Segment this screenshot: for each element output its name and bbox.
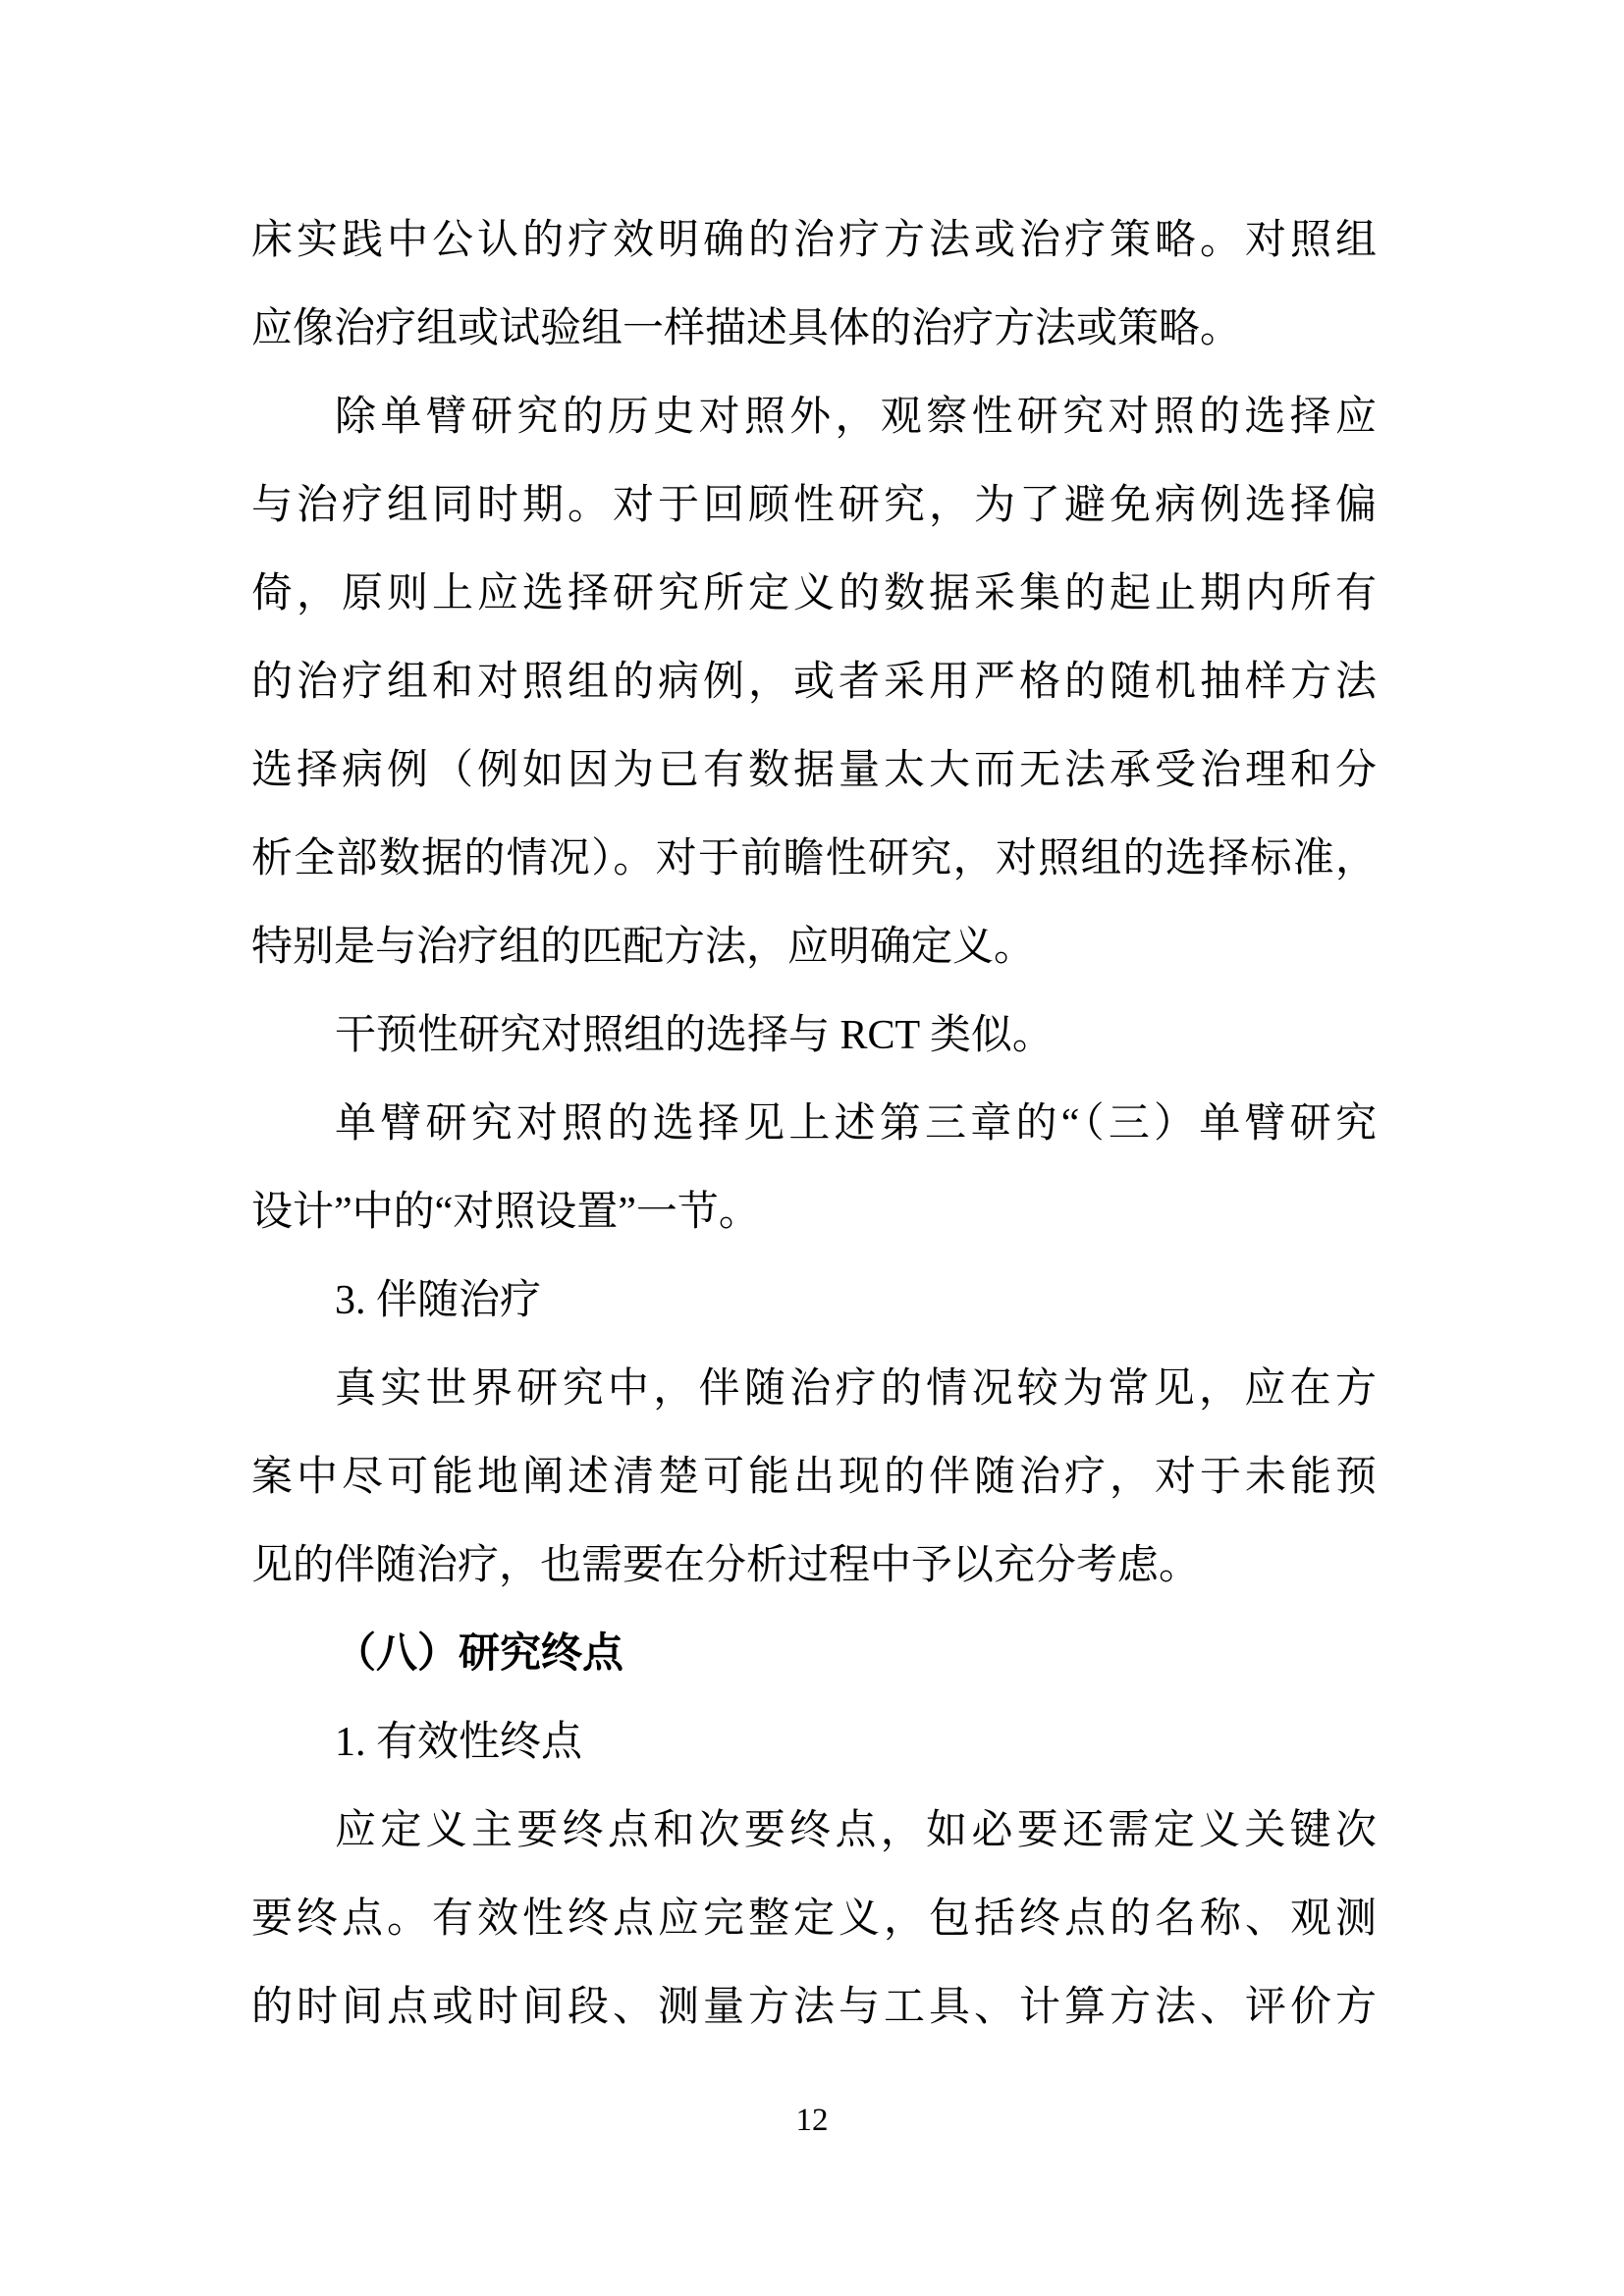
body-line: 选择病例（例如因为已有数据量太大而无法承受治理和分 bbox=[251, 726, 1377, 815]
body-line: 干预性研究对照组的选择与 RCT 类似。 bbox=[251, 991, 1377, 1080]
document-body: 床实践中公认的疗效明确的治疗方法或治疗策略。对照组 应像治疗组或试验组一样描述具… bbox=[251, 196, 1377, 2052]
body-line: 见的伴随治疗，也需要在分析过程中予以充分考虑。 bbox=[251, 1522, 1377, 1610]
section-heading: （八）研究终点 bbox=[251, 1610, 1377, 1698]
subsection-heading: 1. 有效性终点 bbox=[251, 1698, 1377, 1787]
body-line: 的治疗组和对照组的病例，或者采用严格的随机抽样方法 bbox=[251, 638, 1377, 726]
body-line: 真实世界研究中，伴随治疗的情况较为常见，应在方 bbox=[251, 1345, 1377, 1433]
body-line: 设计”中的“对照设置”一节。 bbox=[251, 1168, 1377, 1256]
body-line: 除单臂研究的历史对照外，观察性研究对照的选择应 bbox=[251, 373, 1377, 461]
subsection-heading: 3. 伴随治疗 bbox=[251, 1256, 1377, 1345]
body-line: 的时间点或时间段、测量方法与工具、计算方法、评价方 bbox=[251, 1963, 1377, 2052]
page-number: 12 bbox=[0, 2097, 1624, 2144]
body-line: 与治疗组同时期。对于回顾性研究，为了避免病例选择偏 bbox=[251, 461, 1377, 550]
document-page: 床实践中公认的疗效明确的治疗方法或治疗策略。对照组 应像治疗组或试验组一样描述具… bbox=[0, 0, 1624, 2296]
body-line: 倚，原则上应选择研究所定义的数据采集的起止期内所有 bbox=[251, 550, 1377, 638]
body-line: 要终点。有效性终点应完整定义，包括终点的名称、观测 bbox=[251, 1875, 1377, 1963]
body-line: 特别是与治疗组的匹配方法，应明确定义。 bbox=[251, 903, 1377, 991]
body-line: 案中尽可能地阐述清楚可能出现的伴随治疗，对于未能预 bbox=[251, 1433, 1377, 1522]
body-line: 析全部数据的情况）。对于前瞻性研究，对照组的选择标准， bbox=[251, 815, 1377, 903]
body-line: 单臂研究对照的选择见上述第三章的“（三）单臂研究 bbox=[251, 1080, 1377, 1168]
body-line: 应像治疗组或试验组一样描述具体的治疗方法或策略。 bbox=[251, 285, 1377, 373]
body-line: 床实践中公认的疗效明确的治疗方法或治疗策略。对照组 bbox=[251, 196, 1377, 285]
body-line: 应定义主要终点和次要终点，如必要还需定义关键次 bbox=[251, 1787, 1377, 1875]
